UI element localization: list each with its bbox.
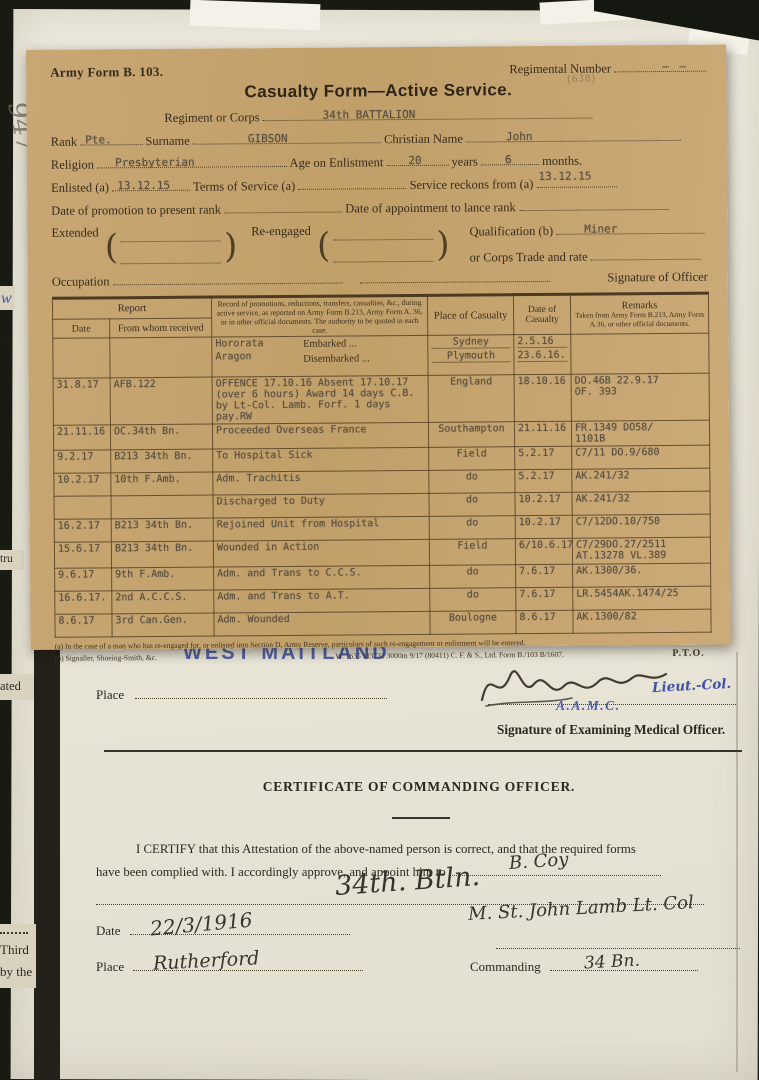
report-date-cell: 16.2.17: [54, 519, 111, 542]
place-cell: do: [429, 516, 515, 540]
date-header: Date: [53, 319, 110, 339]
extended-reengaged-row: Extended ( ) Re-engaged ( ) Qualificatio…: [51, 221, 707, 269]
record-cell: Discharged to Duty: [213, 494, 429, 519]
form-header-row: Army Form B. 103. Regimental Number — — …: [50, 59, 706, 81]
report-header: Report: [52, 297, 211, 319]
reengaged-line-1: [333, 227, 433, 241]
casualty-date-cell: 8.6.17: [516, 611, 573, 634]
open-paren: (: [317, 227, 331, 263]
remarks-cell: AK.1300/36.: [573, 564, 711, 588]
surname-label: Surname: [145, 134, 190, 148]
qualification-label: Qualification (b): [469, 224, 553, 239]
casualty-date-header: Date of Casualty: [513, 294, 570, 335]
commanding-value: 34 Bn.: [584, 951, 641, 974]
commanding-field: Commanding 34 Bn.: [470, 958, 698, 975]
place-line-2: Rutherford: [133, 958, 363, 971]
from-whom-cell: OC.34th Bn.: [110, 424, 212, 450]
surname-value: GIBSON: [248, 132, 288, 145]
section-divider: [104, 750, 742, 752]
ship-name: Aragon: [215, 351, 303, 363]
age-months-line: 6: [481, 152, 539, 165]
occupation-line: [112, 271, 342, 286]
place-cell: do: [430, 565, 516, 589]
christian-name-line: John: [466, 128, 681, 143]
table-row: 8.6.17 3rd Can.Gen. Adm. Wounded Boulogn…: [55, 610, 711, 638]
service-reckons-value: 13.12.15: [538, 170, 591, 183]
left-margin-fragment: ated: [0, 679, 21, 694]
casualty-date-cell: 18.10.16: [514, 375, 571, 422]
page-edge-gap: [34, 640, 60, 1080]
place-cell: do: [429, 470, 515, 494]
disembarked-label: Disembarked ...: [303, 353, 424, 365]
religion-line: Presbyterian: [97, 154, 287, 168]
regiment-field: Regiment or Corps 34th BATTALION: [50, 105, 706, 127]
reengaged-line-2: [333, 249, 433, 263]
rank-name-row: Rank Pte. Surname GIBSON Christian Name …: [51, 128, 707, 150]
title-underline: [392, 817, 450, 819]
corps-trade-line: [591, 247, 701, 261]
remarks-cell: C7/11 DO.9/680: [572, 446, 710, 470]
enlisted-line: 13.12.15: [112, 178, 190, 192]
record-cell: Adm. and Trans to A.T.: [214, 589, 430, 614]
empty-cell: [53, 338, 110, 378]
embark-place: Sydney: [431, 337, 510, 350]
table-row: 31.8.17 AFB.122 OFFENCE 17.10.16 Absent …: [53, 374, 709, 426]
qualification-row: Qualification (b) Miner: [469, 221, 704, 240]
embark-date: 2.5.16: [517, 336, 567, 348]
enlisted-row: Enlisted (a) 13.12.15 Terms of Service (…: [51, 174, 707, 196]
place-cell: do: [429, 493, 515, 517]
commanding-line: 34 Bn.: [550, 958, 698, 971]
left-margin-dots: ..: [3, 326, 13, 341]
ship-names: Hororata Aragon: [215, 338, 303, 366]
religion-label: Religion: [51, 157, 94, 171]
occupation-wrap: Occupation: [52, 269, 550, 290]
place-line: [135, 686, 387, 699]
christian-name-label: Christian Name: [384, 132, 463, 147]
age-months-value: 6: [505, 153, 512, 166]
movement-labels: Embarked ... Disembarked ...: [303, 337, 424, 365]
from-whom-cell: B213 34th Bn.: [111, 518, 213, 542]
place-cell: Field: [429, 539, 515, 566]
extended-lines: [118, 224, 224, 268]
embarkation-date-cell: 2.5.16 23.6.16.: [514, 335, 571, 375]
regiment-value: 34th BATTALION: [323, 108, 416, 122]
casualty-date-cell: 5.2.17: [515, 447, 572, 470]
regimental-number-value: — —: [662, 60, 688, 73]
place-cell: Field: [429, 447, 515, 471]
casualty-date-cell: 6/10.6.17: [515, 539, 572, 565]
embarkation-places: Sydney Plymouth: [431, 337, 510, 364]
report-date-cell: 31.8.17: [53, 378, 110, 425]
casualty-date-cell: 7.6.17: [516, 588, 573, 611]
remarks-cell: AK.241/32: [572, 469, 710, 493]
occupation-row: Occupation Signature of Officer: [52, 268, 708, 290]
casualty-date-cell: 7.6.17: [516, 565, 573, 588]
report-date-cell: 8.6.17: [55, 614, 112, 637]
promotion-line: [224, 200, 342, 214]
medical-unit-stamp: A.A.M.C.: [556, 698, 621, 714]
left-margin-ink-mark: w: [1, 290, 12, 308]
qualification-line: Miner: [556, 221, 704, 235]
regimental-number-field: Regimental Number — — (638): [509, 59, 706, 78]
medical-signature-caption: Signature of Examining Medical Officer.: [497, 722, 725, 738]
army-form-b103: Army Form B. 103. Regimental Number — — …: [26, 45, 731, 650]
reengaged-label: Re-engaged: [251, 224, 311, 239]
record-header: Record of promotions, reductions, transf…: [211, 295, 427, 337]
certificate-title: CERTIFICATE OF COMMANDING OFFICER.: [95, 779, 743, 795]
rank-line: Pte.: [80, 132, 142, 145]
reengaged-lines: [330, 223, 436, 267]
report-date-cell: 15.6.17: [54, 542, 111, 568]
embarkation-row: Hororata Aragon Embarked ... Disembarked…: [53, 334, 709, 379]
report-date-cell: 16.6.17.: [55, 591, 112, 614]
age-years-value: 20: [408, 154, 421, 167]
extended-line-2: [121, 250, 221, 264]
record-cell: Wounded in Action: [213, 540, 429, 568]
left-margin-fragment: tru: [0, 553, 13, 565]
report-date-cell: 21.11.16: [53, 425, 110, 450]
from-whom-cell: B213 34th Bn.: [111, 449, 213, 473]
open-paren: (: [105, 229, 119, 265]
from-whom-cell: 3rd Can.Gen.: [112, 613, 214, 637]
empty-cell: [110, 337, 212, 378]
casualty-date-cell: 10.2.17: [515, 516, 572, 539]
report-date-cell: 9.2.17: [54, 450, 111, 473]
regiment-line: 34th BATTALION: [263, 106, 593, 122]
embarkation-dates: 2.5.16 23.6.16.: [517, 336, 567, 362]
enlisted-label: Enlisted (a): [51, 180, 109, 194]
extended-bracket-group: ( ): [105, 224, 238, 268]
co-signature-line: [496, 936, 740, 949]
occupation-line-2: [360, 269, 550, 283]
embarked-label: Embarked ...: [303, 338, 424, 350]
commanding-label: Commanding: [470, 959, 541, 974]
scanned-document: { "artifacts": { "vertical_note": "947",…: [0, 0, 759, 1080]
certify-line-1: I CERTIFY that this Attestation of the a…: [96, 838, 744, 861]
date-line: 22/3/1916: [130, 922, 350, 935]
certificate-place-field: Place Rutherford: [96, 958, 363, 975]
record-cell: Adm. and Trans to C.C.S.: [214, 566, 430, 591]
certificate-date-field: Date 22/3/1916: [96, 922, 350, 939]
appointment-line: B. Coy: [449, 863, 661, 876]
remarks-cell: AK.1300/82: [573, 610, 711, 634]
terms-label: Terms of Service (a): [193, 179, 295, 194]
age-label: Age on Enlistment: [289, 155, 383, 170]
corps-trade-label: or Corps Trade and rate: [470, 250, 588, 265]
promotion-label: Date of promotion to present rank: [51, 202, 221, 217]
christian-name-value: John: [506, 130, 533, 143]
ship-name: Hororata: [215, 338, 303, 350]
from-whom-cell: AFB.122: [110, 377, 212, 425]
page-tear: [190, 0, 321, 30]
place-cell: England: [428, 375, 514, 423]
record-cell: Adm. Wounded: [214, 612, 430, 637]
extended-line-1: [121, 228, 221, 242]
regimental-number-line: — —: [614, 59, 706, 73]
footnote-b: (b) Signaller, Shoeing-Smith, &c.: [55, 653, 157, 663]
left-margin-fragment: by the: [0, 964, 32, 980]
casualty-table: Report Record of promotions, reductions,…: [52, 292, 712, 639]
appointment-value: B. Coy: [508, 844, 570, 880]
report-date-cell: [54, 496, 111, 519]
qualification-value: Miner: [584, 222, 617, 235]
regiment-label: Regiment or Corps: [164, 110, 259, 125]
remarks-cell: FR.1349 DO58/ 1101B: [571, 421, 709, 447]
embarkation-record-cell: Hororata Aragon Embarked ... Disembarked…: [212, 336, 428, 378]
from-whom-cell: B213 34th Bn.: [111, 541, 213, 568]
religion-value: Presbyterian: [115, 156, 195, 170]
surname-line: GIBSON: [193, 130, 381, 144]
terms-line: [298, 176, 406, 190]
record-cell: To Hospital Sick: [213, 448, 429, 473]
date-label: Date: [96, 923, 121, 938]
close-paren: ): [224, 228, 238, 264]
rank-value: Pte.: [85, 133, 112, 146]
religion-age-row: Religion Presbyterian Age on Enlistment …: [51, 151, 707, 173]
lance-label: Date of appointment to lance rank: [345, 200, 516, 215]
remarks-cell: C7/12DO.10/750: [572, 515, 710, 539]
left-margin-dotted-line: [0, 932, 28, 934]
from-whom-cell: 10th F.Amb.: [111, 472, 213, 496]
record-cell: Adm. Trachitis: [213, 471, 429, 496]
age-years-line: 20: [386, 153, 448, 166]
record-cell: Rejoined Unit from Hospital: [213, 517, 429, 542]
place-value: Rutherford: [153, 947, 260, 975]
promotion-row: Date of promotion to present rank Date o…: [51, 197, 707, 219]
record-cell: OFFENCE 17.10.16 Absent 17.10.17 (over 6…: [212, 376, 428, 425]
form-title: Casualty Form—Active Service.: [50, 79, 706, 104]
service-reckons-line: 13.12.15: [536, 174, 616, 188]
from-whom-cell: 9th F.Amb.: [112, 567, 214, 591]
place-header: Place of Casualty: [427, 295, 513, 336]
place-label: Place: [96, 687, 124, 702]
record-cell: Proceeded Overseas France: [212, 423, 428, 450]
report-date-cell: 10.2.17: [54, 473, 111, 496]
signature-of-officer-label: Signature of Officer: [607, 270, 708, 286]
close-paren: ): [436, 226, 450, 262]
pto-label: P.T.O.: [672, 648, 704, 659]
embarkation-place-cell: Sydney Plymouth: [428, 335, 514, 376]
from-header: From whom received: [110, 318, 212, 338]
form-number: Army Form B. 103.: [50, 64, 163, 81]
remarks-cell: AK.241/32: [572, 492, 710, 516]
casualty-date-cell: 10.2.17: [515, 493, 572, 516]
lance-line: [519, 197, 669, 211]
casualty-date-cell: 5.2.17: [515, 470, 572, 493]
remarks-cell: DO.46B 22.9.17 OF. 393: [571, 374, 709, 422]
report-date-cell: 9.6.17: [55, 568, 112, 591]
place-cell: do: [430, 588, 516, 612]
rank-label: Rank: [51, 135, 77, 149]
casualty-date-cell: 21.11.16: [514, 422, 571, 447]
remarks-cell: C7/29DO.27/2511 AT.13278 VL.389: [572, 538, 710, 565]
empty-cell: [571, 334, 709, 375]
from-whom-cell: 2nd A.C.C.S.: [112, 590, 214, 614]
casualty-table-header: Report Record of promotions, reductions,…: [52, 293, 708, 339]
corps-trade-row: or Corps Trade and rate: [470, 247, 705, 266]
disembark-date: 23.6.16.: [517, 350, 567, 362]
left-margin-fragment: Third: [0, 942, 29, 958]
remarks-cell: LR.5454AK.1474/25: [573, 587, 711, 611]
months-label: months.: [542, 154, 582, 168]
remarks-subtitle: Taken from Army Form B.213, Army Form A.…: [574, 311, 705, 330]
disembark-place: Plymouth: [431, 351, 510, 364]
regimental-number-stamp: (638): [567, 72, 596, 85]
embarkation-record: Hororata Aragon Embarked ... Disembarked…: [215, 337, 424, 366]
reengaged-bracket-group: ( ): [317, 223, 450, 267]
remarks-header: Remarks Taken from Army Form B.213, Army…: [570, 293, 708, 335]
place-label-2: Place: [96, 959, 124, 974]
place-cell: Boulogne: [430, 611, 516, 635]
occupation-label: Occupation: [52, 274, 110, 288]
place-cell: Southampton: [428, 422, 514, 448]
service-reckons-label: Service reckons from (a): [409, 177, 533, 192]
from-whom-cell: [111, 495, 213, 519]
qualification-column: Qualification (b) Miner or Corps Trade a…: [469, 221, 704, 266]
enlisted-value: 13.12.15: [117, 179, 170, 192]
extended-label: Extended: [51, 225, 98, 240]
medical-place-field: Place: [96, 686, 387, 703]
years-label: years: [451, 154, 477, 168]
